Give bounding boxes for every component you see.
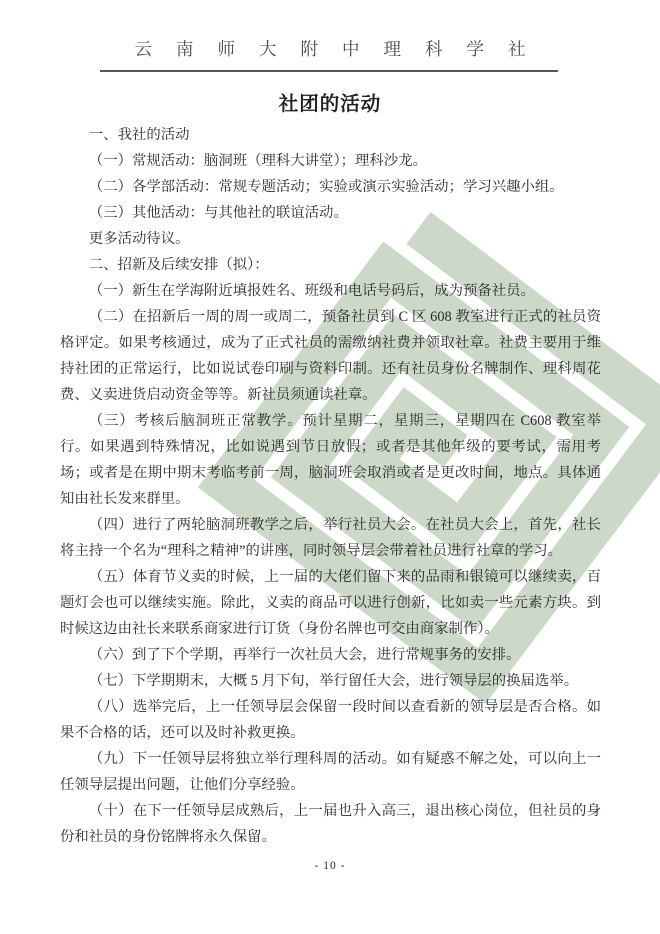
document-title: 社团的活动 [0, 88, 660, 116]
paragraph: （四）进行了两轮脑洞班教学之后，举行社员大会。在社员大会上，首先，社长将主持一个… [60, 512, 601, 564]
society-name: 云南师大附中理科学社 [135, 36, 550, 61]
paragraph: 更多活动待议。 [60, 226, 601, 252]
document-page: 云南师大附中理科学社 社团的活动 一、我社的活动 （一）常规活动：脑洞班（理科大… [0, 0, 660, 934]
paragraph: （十）在下一任领导层成熟后，上一届也升入高三，退出核心岗位，但社员的身份和社员的… [60, 798, 601, 850]
header-rule [100, 70, 558, 72]
paragraph: （一）新生在学海附近填报姓名、班级和电话号码后，成为预备社员。 [60, 278, 601, 304]
paragraph: （五）体育节义卖的时候，上一届的大佬们留下来的品雨和银镜可以继续卖，百题灯会也可… [60, 564, 601, 642]
section-heading: 二、招新及后续安排（拟）： [60, 252, 601, 278]
paragraph: （九）下一任领导层将独立举行理科周的活动。如有疑惑不解之处，可以向上一任领导层提… [60, 746, 601, 798]
document-body: 一、我社的活动 （一）常规活动：脑洞班（理科大讲堂）；理科沙龙。 （二）各学部活… [60, 122, 601, 850]
page-header: 云南师大附中理科学社 [0, 36, 660, 61]
paragraph: （三）考核后脑洞班正常教学。预计星期二，星期三，星期四在 C608 教室举行。如… [60, 408, 601, 512]
page-number: - 10 - [0, 860, 660, 872]
paragraph: （三）其他活动：与其他社的联谊活动。 [60, 200, 601, 226]
paragraph: （二）在招新后一周的周一或周二，预备社员到 C 区 608 教室进行正式的社员资… [60, 304, 601, 408]
section-heading: 一、我社的活动 [60, 122, 601, 148]
paragraph: （八）选举完后，上一任领导层会保留一段时间以查看新的领导层是否合格。如果不合格的… [60, 694, 601, 746]
paragraph: （六）到了下个学期，再举行一次社员大会，进行常规事务的安排。 [60, 642, 601, 668]
paragraph: （一）常规活动：脑洞班（理科大讲堂）；理科沙龙。 [60, 148, 601, 174]
paragraph: （二）各学部活动：常规专题活动；实验或演示实验活动；学习兴趣小组。 [60, 174, 601, 200]
paragraph: （七）下学期期末，大概 5 月下旬，举行留任大会，进行领导层的换届选举。 [60, 668, 601, 694]
